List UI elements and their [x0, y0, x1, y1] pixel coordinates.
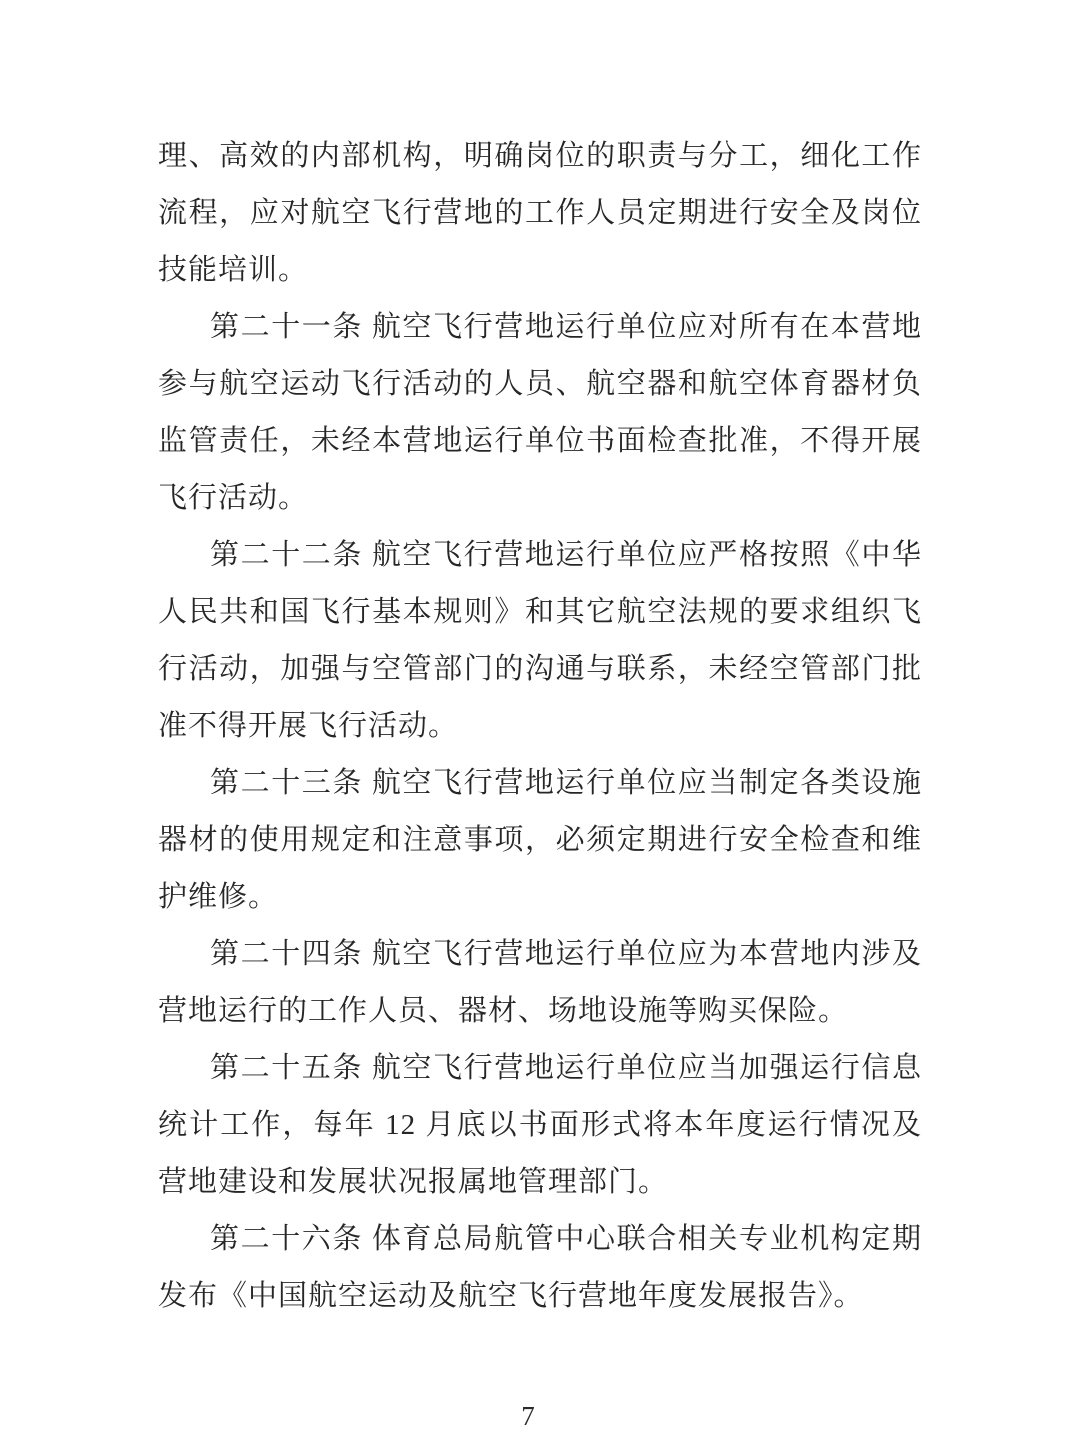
document-body: 理、高效的内部机构，明确岗位的职责与分工，细化工作流程，应对航空飞行营地的工作人… — [158, 128, 922, 1325]
document-page: 理、高效的内部机构，明确岗位的职责与分工，细化工作流程，应对航空飞行营地的工作人… — [0, 0, 1080, 1437]
body-paragraph-article-21: 第二十一条 航空飞行营地运行单位应对所有在本营地参与航空运动飞行活动的人员、航空… — [158, 299, 922, 527]
body-paragraph-continuation: 理、高效的内部机构，明确岗位的职责与分工，细化工作流程，应对航空飞行营地的工作人… — [158, 128, 922, 299]
body-paragraph-article-25: 第二十五条 航空飞行营地运行单位应当加强运行信息统计工作，每年 12 月底以书面… — [158, 1040, 922, 1211]
body-paragraph-article-23: 第二十三条 航空飞行营地运行单位应当制定各类设施器材的使用规定和注意事项，必须定… — [158, 755, 922, 926]
page-number: 7 — [0, 1400, 1056, 1432]
body-paragraph-article-24: 第二十四条 航空飞行营地运行单位应为本营地内涉及营地运行的工作人员、器材、场地设… — [158, 926, 922, 1040]
body-paragraph-article-22: 第二十二条 航空飞行营地运行单位应严格按照《中华人民共和国飞行基本规则》和其它航… — [158, 527, 922, 755]
body-paragraph-article-26: 第二十六条 体育总局航管中心联合相关专业机构定期发布《中国航空运动及航空飞行营地… — [158, 1211, 922, 1325]
